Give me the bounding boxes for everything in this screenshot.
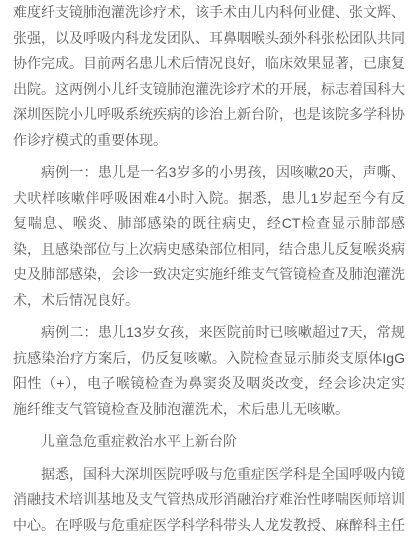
paragraph-case-two: 病例二：患儿13岁女孩，来医院前时已咳嗽超过7天，常规抗感染治疗方案后，仍反复咳… <box>13 320 405 422</box>
paragraph-case-one: 病例一：患儿是一名3岁多的小男孩，因咳嗽20天，声嘶、犬吠样咳嗽伴呼吸困难4小时… <box>13 160 405 313</box>
paragraph-department-intro: 据悉，国科大深圳医院呼吸与危重症医学科是全国呼吸内镜消融技术培训基地及支气管热成… <box>13 462 405 537</box>
paragraph-continuation: 难度纤支镜肺泡灌洗诊疗术，该手术由儿内科何业健、张文辉、张强，以及呼吸内科龙发团… <box>13 0 405 153</box>
article-body: 难度纤支镜肺泡灌洗诊疗术，该手术由儿内科何业健、张文辉、张强，以及呼吸内科龙发团… <box>0 0 417 537</box>
section-subheading: 儿童急危重症救治水平上新台阶 <box>13 429 405 455</box>
